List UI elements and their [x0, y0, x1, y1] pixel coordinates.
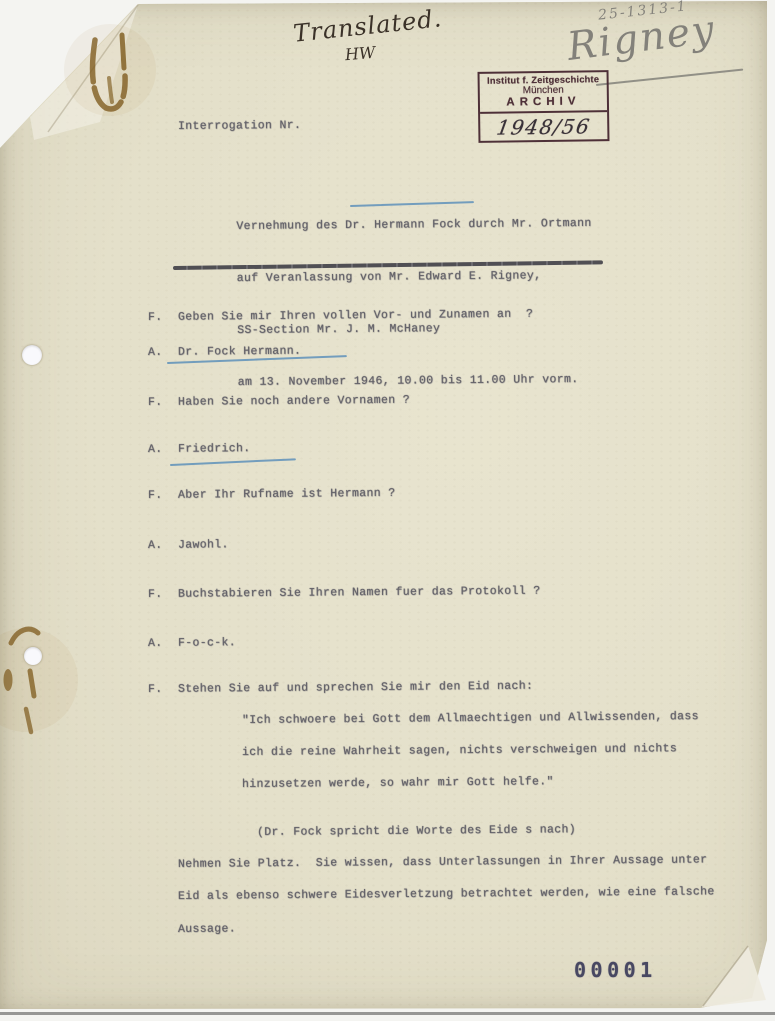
archive-stamp-archiv: ARCHIV: [481, 95, 606, 109]
qa-speaker: A.: [148, 344, 178, 362]
qa-text: Buchstabieren Sie Ihren Namen fuer das P…: [178, 585, 541, 601]
punch-hole: [24, 647, 42, 665]
header-line1-post: durch Mr. Ortmann: [461, 217, 592, 231]
archive-accession-number: 1948/56: [478, 112, 609, 141]
archive-stamp: Institut f. Zeitgeschichte München ARCHI…: [478, 70, 610, 143]
qa-line: F.Aber Ihr Rufname ist Hermann ?: [148, 485, 396, 505]
header-line1-pre: Vernehmung des Dr.: [236, 219, 374, 233]
stage-direction: (Dr. Fock spricht die Worte des Eide s n…: [257, 821, 576, 841]
qa-text: Dr. Fock Hermann.: [178, 345, 301, 359]
header-block: Vernehmung des Dr. Hermann Fock durch Mr…: [236, 180, 593, 427]
qa-speaker: F.: [148, 681, 178, 699]
qa-speaker: F.: [148, 487, 178, 505]
qa-speaker: F.: [148, 394, 178, 412]
doc-label: Interrogation Nr.: [178, 117, 301, 135]
document-scan: Translated. HW 25-1313-1 Rigney Institut…: [0, 0, 775, 1021]
qa-line: F.Haben Sie noch andere Vornamen ?: [148, 392, 410, 412]
qa-line: F.Geben Sie mir Ihren vollen Vor- und Zu…: [148, 306, 533, 327]
qa-line: A.Jawohl.: [148, 536, 229, 554]
qa-text: Aber Ihr Rufname ist Hermann ?: [178, 487, 396, 502]
header-line-4: am 13. November 1946, 10.00 bis 11.00 Uh…: [238, 371, 593, 392]
qa-text: Jawohl.: [178, 538, 229, 551]
qa-text: F-o-c-k.: [178, 636, 236, 650]
archive-stamp-header: Institut f. Zeitgeschichte München ARCHI…: [480, 72, 608, 114]
closing-line: Aussage.: [178, 920, 236, 938]
page-number-stamp: 00001: [574, 958, 657, 982]
header-line1-name: Hermann Fock: [374, 218, 461, 232]
scanner-edge-line: [0, 1012, 775, 1015]
qa-line: A.Friedrich.: [148, 440, 251, 458]
qa-text: Friedrich.: [178, 442, 251, 456]
qa-speaker: F.: [148, 586, 178, 604]
qa-text: Haben Sie noch andere Vornamen ?: [178, 394, 410, 409]
qa-speaker: A.: [148, 441, 178, 459]
header-line-1: Vernehmung des Dr. Hermann Fock durch Mr…: [236, 215, 591, 236]
qa-text: Geben Sie mir Ihren vollen Vor- und Zuna…: [178, 308, 533, 324]
qa-speaker: F.: [148, 309, 178, 327]
qa-speaker: A.: [148, 537, 178, 555]
punch-hole: [22, 345, 42, 365]
qa-line: F.Stehen Sie auf und sprechen Sie mir de…: [148, 678, 533, 699]
qa-line: A.F-o-c-k.: [148, 634, 236, 652]
header-line-2: auf Veranlassung von Mr. Edward E. Rigne…: [237, 267, 592, 288]
qa-line: A.Dr. Fock Hermann.: [148, 343, 301, 362]
qa-speaker: A.: [148, 635, 178, 653]
oath-line: hinzusetzen werde, so wahr mir Gott helf…: [242, 773, 554, 793]
qa-text: Stehen Sie auf und sprechen Sie mir den …: [178, 680, 533, 696]
qa-line: F.Buchstabieren Sie Ihren Namen fuer das…: [148, 583, 541, 604]
handwritten-translator-initials: HW: [344, 43, 376, 65]
